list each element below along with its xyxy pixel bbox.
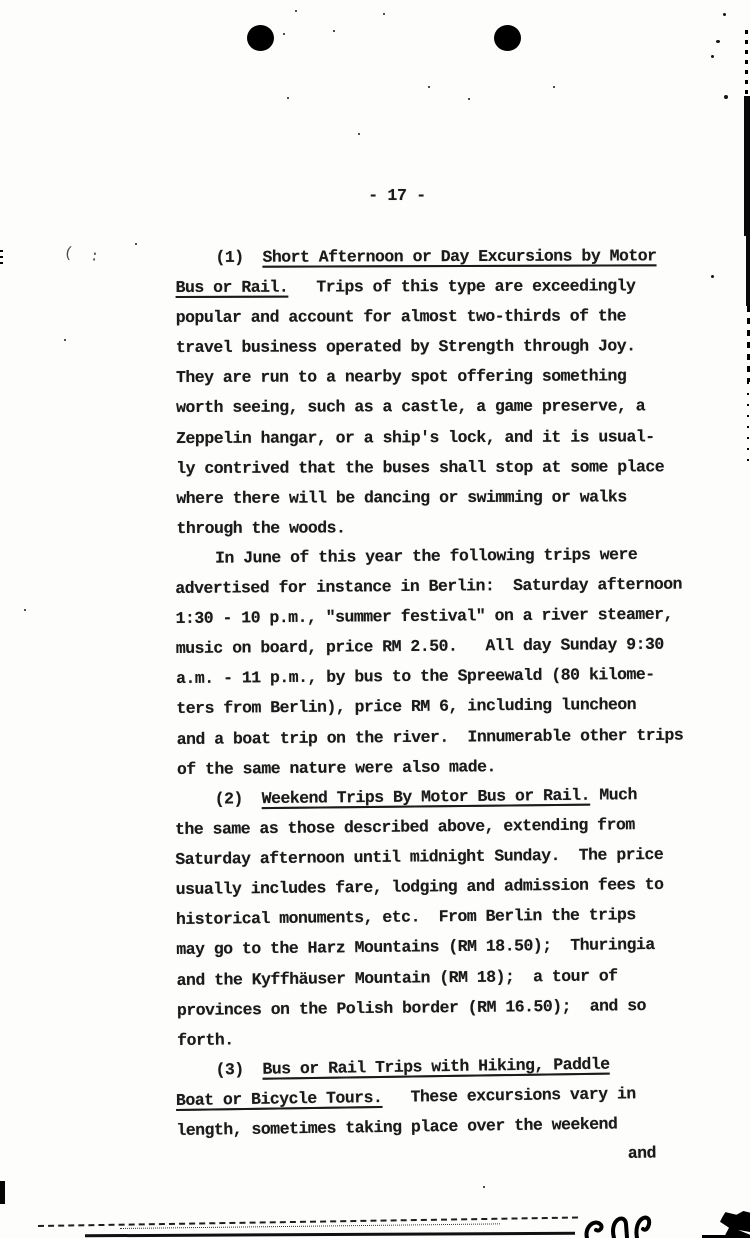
paragraph: In June of this year the following trips…	[175, 539, 689, 784]
text-line: popular and account for almost two-third…	[176, 301, 688, 333]
text-segment: Zeppelin hangar, or a ship's lock, and i…	[176, 427, 655, 448]
text-line: (1) Short Afternoon or Day Excursions by…	[175, 241, 687, 273]
text-segment: the same as those described above, exten…	[175, 815, 635, 839]
paragraph: (3) Bus or Rail Trips with Hiking, Paddl…	[175, 1048, 688, 1146]
scan-speckle	[287, 97, 289, 99]
page-number: - 17 -	[352, 186, 442, 205]
text-line: usually includes fare, lodging and admis…	[176, 870, 688, 905]
text-line: ters from Berlin), price RM 6, including…	[176, 690, 688, 725]
text-line: travel business operated by Strength thr…	[176, 331, 688, 363]
scan-speckle	[358, 133, 360, 135]
text-segment: length, sometimes taking place over the …	[176, 1114, 617, 1140]
scan-speckle	[64, 339, 66, 341]
scan-speckle	[428, 86, 430, 88]
scan-edge-artifact	[0, 1181, 5, 1204]
scan-edge-artifact	[744, 96, 750, 236]
text-segment: forth.	[177, 1030, 233, 1050]
text-line: historical monuments, etc. From Berlin t…	[176, 900, 688, 935]
text-line: may go to the Harz Mountains (RM 18.50);…	[176, 930, 688, 965]
scan-speckle	[135, 243, 137, 245]
underlined-text: Short Afternoon or Day Excursions by Mot…	[262, 246, 656, 266]
text-segment: In June of this year the following trips…	[215, 545, 637, 568]
text-segment: They are run to a nearby spot offering s…	[176, 367, 626, 388]
scan-speckle	[24, 609, 26, 611]
underlined-text: Bus or Rail Trips with Hiking, Paddle	[262, 1054, 609, 1078]
hole-punch-mark	[247, 25, 274, 51]
scan-corner-blob	[720, 1211, 750, 1238]
scan-speckle	[468, 98, 470, 100]
text-segment: where there will be dancing or swimming …	[176, 487, 626, 508]
scanned-document-page: - 17 - ( : (1) Short Afternoon or Day Ex…	[0, 0, 750, 1238]
text-line: Saturday afternoon until midnight Sunday…	[175, 840, 687, 875]
text-line: 1:30 - 10 p.m., "summer festival" on a r…	[175, 600, 687, 635]
text-line: advertised for instance in Berlin: Satur…	[175, 570, 687, 605]
text-segment: (1)	[215, 248, 262, 267]
text-segment: popular and account for almost two-third…	[176, 307, 626, 328]
text-line: and the Kyffhäuser Mountain (RM 18); a t…	[176, 960, 688, 995]
text-segment: (2)	[215, 789, 262, 808]
paragraph: (1) Short Afternoon or Day Excursions by…	[175, 241, 688, 544]
underlined-text: Weekend Trips By Motor Bus or Rail.	[262, 785, 591, 807]
text-segment: 1:30 - 10 p.m., "summer festival" on a r…	[176, 605, 673, 628]
text-line: music on board, price RM 2.50. All day S…	[176, 630, 688, 665]
text-segment: usually includes fare, lodging and admis…	[176, 875, 664, 899]
text-line: In June of this year the following trips…	[175, 539, 687, 574]
text-segment: through the woods.	[176, 518, 345, 538]
scan-speckle	[553, 86, 555, 88]
paragraph: (2) Weekend Trips By Motor Bus or Rail. …	[175, 779, 690, 1055]
scan-speckle	[333, 30, 335, 32]
text-segment: provinces on the Polish border (RM 16.50…	[177, 995, 646, 1019]
text-segment: Trips of this type are exceedingly	[288, 276, 635, 296]
text-segment: (3)	[215, 1059, 262, 1079]
scan-edge-artifact	[745, 30, 748, 96]
scan-speckle	[716, 40, 720, 43]
text-line: provinces on the Polish border (RM 16.50…	[177, 990, 689, 1025]
text-segment: and a boat trip on the river. Innumerabl…	[177, 725, 684, 748]
scan-speckle	[711, 55, 714, 58]
scan-speckle	[711, 275, 714, 278]
underlined-text: Bus or Rail.	[176, 278, 289, 297]
margin-note: ( :	[63, 244, 104, 266]
text-line: where there will be dancing or swimming …	[176, 482, 688, 514]
text-line: a.m. - 11 p.m., by bus to the Spreewald …	[176, 660, 688, 695]
hole-punch-mark	[494, 25, 521, 51]
text-segment: worth seeing, such as a castle, a game p…	[176, 397, 645, 418]
text-segment: historical monuments, etc. From Berlin t…	[176, 905, 636, 929]
text-line: worth seeing, such as a castle, a game p…	[176, 392, 688, 424]
text-segment: These excursions vary in	[382, 1084, 636, 1107]
text-segment: of the same nature were also made.	[177, 757, 496, 779]
text-segment: and the Kyffhäuser Mountain (RM 18); a t…	[177, 966, 618, 990]
scan-edge-artifact	[746, 236, 750, 306]
scan-speckle	[283, 33, 285, 35]
text-line: ly contrived that the buses shall stop a…	[176, 452, 688, 484]
text-line: through the woods.	[176, 512, 688, 544]
catchword: and	[176, 1138, 656, 1176]
text-segment: music on board, price RM 2.50. All day S…	[176, 635, 664, 658]
text-line: Zeppelin hangar, or a ship's lock, and i…	[176, 422, 688, 454]
text-segment: may go to the Harz Mountains (RM 18.50);…	[176, 935, 655, 959]
text-line: the same as those described above, exten…	[175, 809, 687, 844]
handwritten-scribble	[583, 1211, 673, 1238]
text-line: They are run to a nearby spot offering s…	[176, 362, 688, 394]
scan-edge-artifact	[747, 382, 749, 462]
scan-line-artifact	[85, 1232, 575, 1238]
scan-speckle	[724, 95, 728, 99]
scan-edge-artifact	[0, 250, 3, 266]
scan-speckle	[483, 1186, 485, 1188]
text-block: (1) Short Afternoon or Day Excursions by…	[176, 243, 688, 1176]
text-segment: Saturday afternoon until midnight Sunday…	[175, 845, 663, 869]
text-segment: ly contrived that the buses shall stop a…	[176, 457, 664, 478]
underlined-text: Boat or Bicycle Tours.	[176, 1088, 383, 1110]
text-segment: advertised for instance in Berlin: Satur…	[175, 575, 682, 598]
text-line: and a boat trip on the river. Innumerabl…	[177, 720, 689, 755]
text-segment: Much	[590, 785, 637, 804]
text-line: (2) Weekend Trips By Motor Bus or Rail. …	[175, 779, 687, 814]
scan-speckle	[723, 13, 726, 16]
text-segment: a.m. - 11 p.m., by bus to the Spreewald …	[176, 665, 655, 688]
text-line: Bus or Rail. Trips of this type are exce…	[176, 271, 688, 303]
scan-speckle	[383, 13, 385, 15]
text-segment: travel business operated by Strength thr…	[176, 337, 636, 358]
scan-speckle	[295, 10, 297, 12]
text-segment: ters from Berlin), price RM 6, including…	[176, 695, 636, 718]
